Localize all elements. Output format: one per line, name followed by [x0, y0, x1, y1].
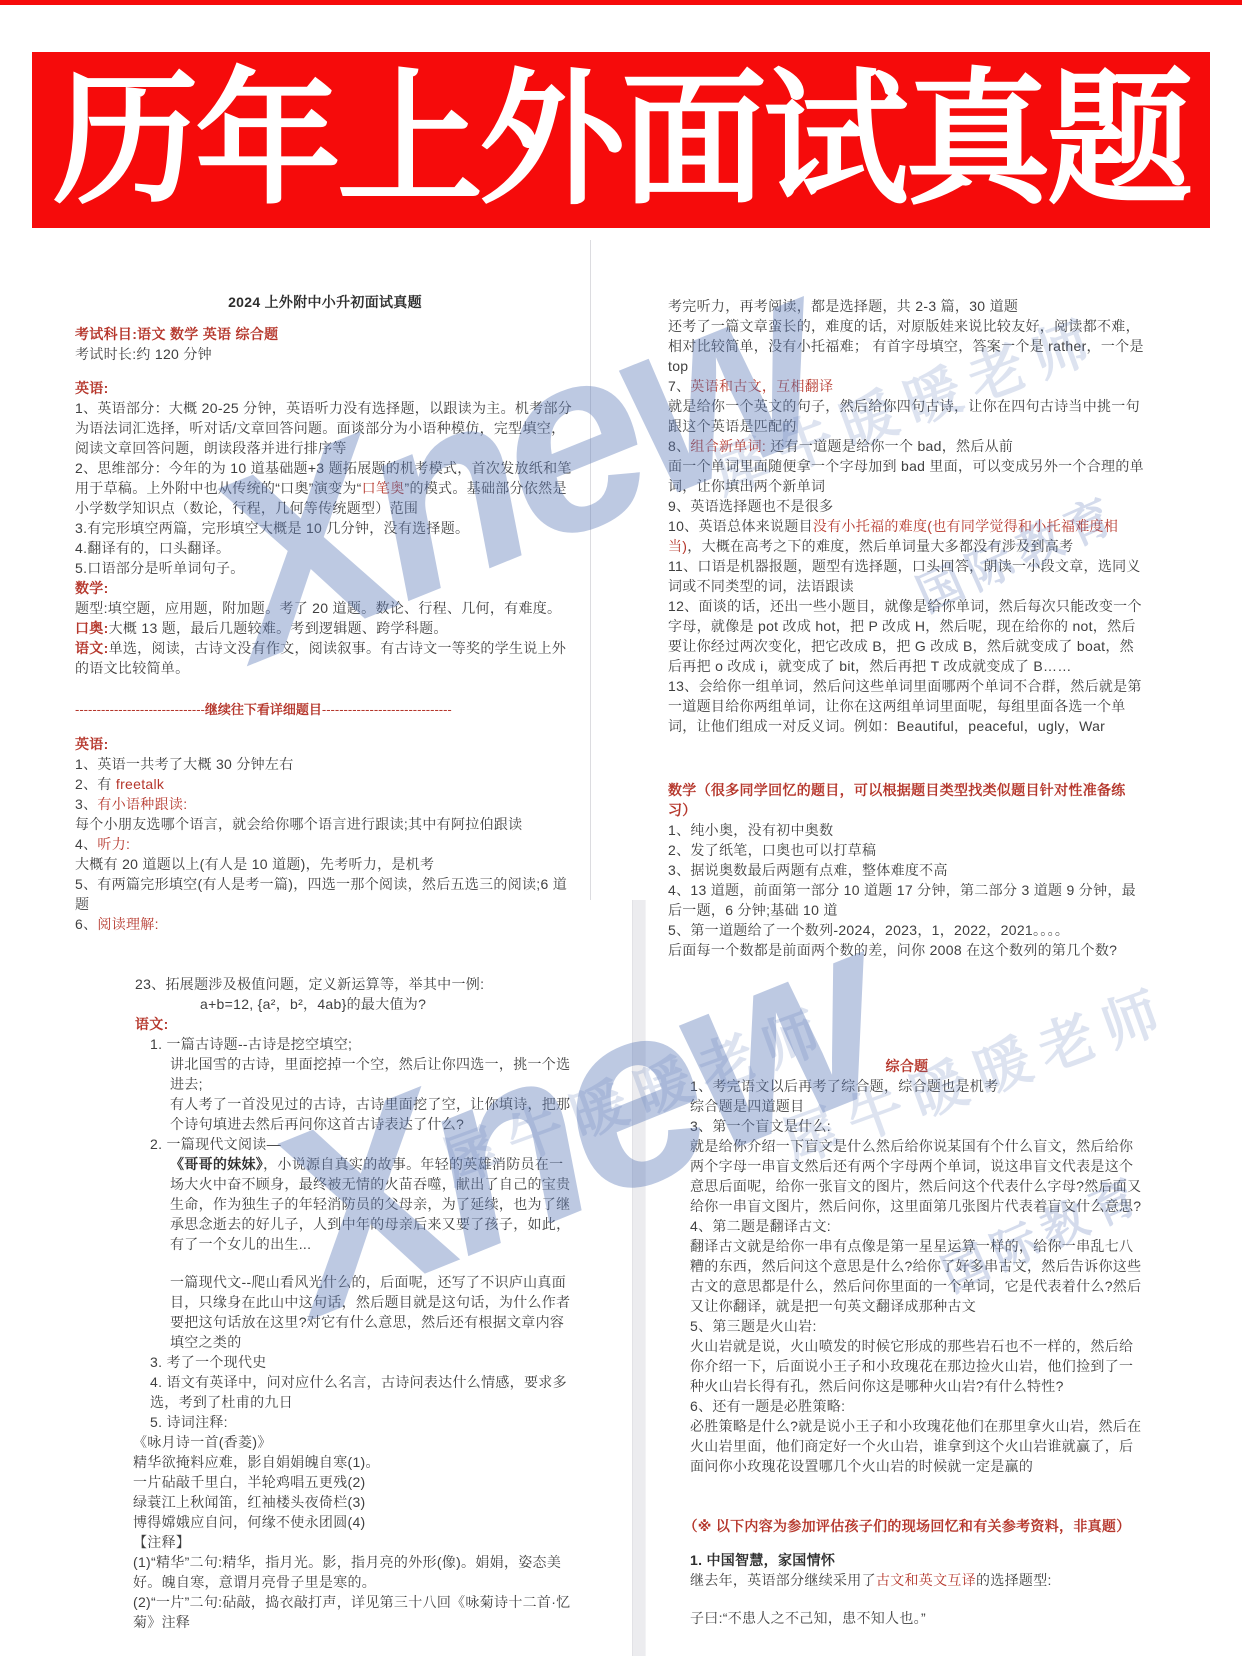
text-run: 题型:填空题，应用题，附加题。考了 20 道题。数论、行程、几何，有难度。 [75, 600, 561, 616]
paragraph: 考试科目:语文 数学 英语 综合题 [75, 324, 575, 344]
text-run: 1. 一篇古诗题--古诗是挖空填空; [150, 1036, 352, 1052]
text-run: 大概有 20 道题以上(有人是 10 道题)，先考听力，是机考 [75, 856, 434, 872]
spacer [668, 1476, 1146, 1516]
text-run: (1)“精华”二句:精华，指月光。影，指月亮的外形(像)。娟娟，姿态美好。魄自寒… [133, 1554, 561, 1590]
text-run: 有人考了一首没见过的古诗，古诗里面挖了空，让你填诗，把那个诗句填进去然后再问你这… [170, 1096, 570, 1132]
text-run: 综合题 [886, 1058, 929, 1074]
text-run: 火山岩就是说，火山喷发的时候它形成的那些岩石也不一样的，然后给你介绍一下，后面说… [690, 1338, 1133, 1394]
paragraph: 还考了一篇文章蛮长的，难度的话，对原版娃来说比较友好，阅读都不难，相对比较简单，… [668, 316, 1146, 376]
text-run: 数学: [75, 580, 109, 596]
paragraph: 大概有 20 道题以上(有人是 10 道题)，先考听力，是机考 [75, 854, 575, 874]
paragraph: 1、纯小奥，没有初中奥数 [668, 820, 1146, 840]
text-run: 3. 考了一个现代史 [150, 1354, 267, 1370]
text-run: 2. 一篇现代文阅读— [150, 1136, 281, 1152]
text-run: 后面每一个数都是前面两个数的差，问你 2008 在这个数列的第几个数? [668, 942, 1117, 958]
text-run: 1、英语部分：大概 20-25 分钟，英语听力没有选择题，以跟读为主。机考部分为… [75, 400, 572, 456]
text-run: 1、英语一共考了大概 30 分钟左右 [75, 756, 294, 772]
text-run: 口奥: [75, 620, 109, 636]
paragraph: 数学（很多同学回忆的题目，可以根据题目类型找类似题目针对性准备练习） [668, 780, 1146, 820]
text-run: ------------------------------ [75, 702, 205, 717]
text-run: 5.口语部分是听单词句子。 [75, 560, 245, 576]
paragraph: 综合题 [668, 1056, 1146, 1076]
text-run: 数学 [668, 782, 697, 798]
text-run: （很多同学回忆的题目，可以根据题目类型找类似题目针对性准备练习） [668, 782, 1126, 818]
top-red-strip [0, 0, 1242, 5]
text-run: 13、会给你一组单词，然后问这些单词里面哪两个单词不合群，然后就是第一道题目给你… [668, 678, 1142, 734]
text-run: 6、还有一题是必胜策略: [690, 1398, 845, 1414]
text-run: 英语: [75, 736, 109, 752]
paragraph: 8、组合新单词: 还有一道题是给你一个 bad，然后从前 [668, 436, 1146, 456]
text-run: 有小语种跟读: [97, 796, 187, 812]
paragraph: 7、英语和古文，互相翻译 [668, 376, 1146, 396]
paragraph: 1. 一篇古诗题--古诗是挖空填空; [150, 1034, 575, 1054]
text-run: 就是给你一个英文的句子，然后给你四句古诗，让你在四句古诗当中挑一句跟这个英语是匹… [668, 398, 1140, 434]
paragraph: 11、口语是机器报题，题型有选择题，口头回答，朗读一小段文章，选同义词或不同类型… [668, 556, 1146, 596]
text-run: 子曰:“不患人之不己知，患不知人也。” [690, 1610, 926, 1626]
text-run: （※ 以下内容为参加评估孩子们的现场回忆和有关参考资料，非真题） [683, 1518, 1130, 1534]
spacer [668, 960, 1146, 1056]
paragraph: 6、阅读理解: [75, 914, 575, 934]
text-run: 10、英语总体来说题目 [668, 518, 813, 534]
paragraph: 12、面谈的话，还出一些小题目，就像是给你单词，然后每次只能改变一个字母，就像是… [668, 596, 1146, 676]
text-run: 1、纯小奥，没有初中奥数 [668, 822, 833, 838]
paragraph: 1、英语一共考了大概 30 分钟左右 [75, 754, 575, 774]
text-run: 【注释】 [133, 1534, 190, 1550]
paragraph: 10、英语总体来说题目没有小托福的难度(也有同学觉得和小托福难度相当)，大概在高… [668, 516, 1146, 556]
text-run: 7、 [668, 378, 690, 394]
text-run: 每个小朋友选哪个语言，就会给你哪个语言进行跟读;其中有阿拉伯跟读 [75, 816, 523, 832]
paragraph: 英语: [75, 378, 575, 398]
text-run: 3、 [75, 796, 97, 812]
text-run: 绿蓑江上秋闻笛，红袖楼头夜倚栏(3) [133, 1494, 366, 1510]
spacer [668, 736, 1146, 780]
text-run: 继续往下看详细题目 [205, 702, 322, 717]
paragraph: 面一个单词里面随便拿一个字母加到 bad 里面，可以变成另外一个合理的单词，让你… [668, 456, 1146, 496]
text-run: 8、 [668, 438, 690, 454]
text-run: 《咏月诗一首(香菱)》 [133, 1434, 272, 1450]
paragraph: 2. 一篇现代文阅读— [150, 1134, 575, 1154]
text-run: 4. 语文有英译中，问对应什么名言，古诗问表达什么情感，要求多选，考到了杜甫的九… [150, 1374, 567, 1410]
text-run: 5、有两篇完形填空(有人是考一篇)，四选一那个阅读，然后五选三的阅读;6 道题 [75, 876, 567, 912]
text-run: 的选择题型: [976, 1572, 1052, 1588]
paragraph: 【注释】 [133, 1532, 575, 1552]
paragraph: 就是给你介绍一下盲文是什么然后给你说某国有个什么盲文，然后给你两个字母一串盲文然… [690, 1136, 1146, 1216]
paragraph: 《哥哥的妹妹》，小说源自真实的故事。年轻的英雄消防员在一场大火中奋不顾身，最终被… [170, 1154, 575, 1254]
paragraph: 考完听力，再考阅读，都是选择题，共 2-3 篇，30 道题 [668, 296, 1146, 316]
spacer [75, 678, 575, 700]
text-run: 4.翻译有的，口头翻译。 [75, 540, 230, 556]
text-run: 组合新单词: [690, 438, 766, 454]
paragraph: 一片砧敲千里白，半轮鸡唱五更残(2) [133, 1472, 575, 1492]
paragraph: 3.有完形填空两篇，完形填空大概是 10 几分钟，没有选择题。 [75, 518, 575, 538]
paragraph: 继去年，英语部分继续采用了古文和英文互译的选择题型: [690, 1570, 1146, 1590]
text-run: 古文和英文互译 [876, 1572, 976, 1588]
paragraph: 4. 语文有英译中，问对应什么名言，古诗问表达什么情感，要求多选，考到了杜甫的九… [150, 1372, 575, 1412]
text-run: freetalk [116, 776, 164, 792]
text-run: 3.有完形填空两篇，完形填空大概是 10 几分钟，没有选择题。 [75, 520, 469, 536]
text-run: 口笔奥 [362, 480, 405, 496]
text-run: 必胜策略是什么?就是说小王子和小玫瑰花他们在那里拿火山岩，然后在火山岩里面，他们… [690, 1418, 1141, 1474]
paragraph: 一篇现代文--爬山看风光什么的，后面呢，还写了不识庐山真面目，只缘身在此山中这句… [170, 1272, 575, 1352]
paragraph: 23、拓展题涉及极值问题，定义新运算等，举其中一例: [135, 974, 575, 994]
paragraph: 4、听力: [75, 834, 575, 854]
paragraph: 4、第二题是翻译古文: [690, 1216, 1146, 1236]
paragraph: 口奥:大概 13 题，最后几题较难。考到逻辑题、跨学科题。 [75, 618, 575, 638]
banner-title: 历年上外面试真题 [53, 58, 1189, 221]
text-run: 一篇现代文--爬山看风光什么的，后面呢，还写了不识庐山真面目，只缘身在此山中这句… [170, 1274, 570, 1350]
text-run: ------------------------------ [322, 702, 452, 717]
paragraph: 4.翻译有的，口头翻译。 [75, 538, 575, 558]
paragraph: a+b=12, {a²，b²，4ab}的最大值为? [200, 994, 575, 1014]
paragraph: 博得嫦娥应自问，何缘不使永团圆(4) [133, 1512, 575, 1532]
text-run: ，大概在高考之下的难度，然后单词量大多都没有涉及到高考 [687, 538, 1073, 554]
spacer [75, 934, 575, 974]
text-run: 5、第三题是火山岩: [690, 1318, 817, 1334]
paragraph: 2、思维部分：今年的为 10 道基础题+3 题拓展题的机考模式，首次发放纸和笔用… [75, 458, 575, 518]
text-run: 英语: [75, 380, 109, 396]
paragraph: 语文: [135, 1014, 575, 1034]
text-run: 2、发了纸笔，口奥也可以打草稿 [668, 842, 876, 858]
paragraph: 5、第三题是火山岩: [690, 1316, 1146, 1336]
spacer [668, 1536, 1146, 1550]
paragraph: 3、有小语种跟读: [75, 794, 575, 814]
paragraph: 1、英语部分：大概 20-25 分钟，英语听力没有选择题，以跟读为主。机考部分为… [75, 398, 575, 458]
paragraph: 每个小朋友选哪个语言，就会给你哪个语言进行跟读;其中有阿拉伯跟读 [75, 814, 575, 834]
paragraph: 3. 考了一个现代史 [150, 1352, 575, 1372]
text-run: 还考了一篇文章蛮长的，难度的话，对原版娃来说比较友好，阅读都不难，相对比较简单，… [668, 318, 1144, 374]
paragraph: 讲北国雪的古诗，里面挖掉一个空，然后让你四选一，挑一个选进去; [170, 1054, 575, 1094]
spacer [75, 1254, 575, 1272]
text-run: 大概 13 题，最后几题较难。考到逻辑题、跨学科题。 [109, 620, 448, 636]
text-run: 4、 [75, 836, 97, 852]
text-run: 3、据说奥数最后两题有点难，整体难度不高 [668, 862, 948, 878]
paragraph: 4、13 道题，前面第一部分 10 道题 17 分钟，第二部分 3 道题 9 分… [668, 880, 1146, 920]
paragraph: 就是给你一个英文的句子，然后给你四句古诗，让你在四句古诗当中挑一句跟这个英语是匹… [668, 396, 1146, 436]
paragraph: 语文:单选，阅读，古诗文没有作文，阅读叙事。有古诗文一等奖的学生说上外的语文比较… [75, 638, 575, 678]
text-run: 单选，阅读，古诗文没有作文，阅读叙事。有古诗文一等奖的学生说上外的语文比较简单。 [75, 640, 566, 676]
text-run: 考试科目:语文 数学 英语 综合题 [75, 326, 278, 342]
paragraph: 《咏月诗一首(香菱)》 [133, 1432, 575, 1452]
text-run: 23、拓展题涉及极值问题，定义新运算等，举其中一例: [135, 976, 484, 992]
spacer [75, 364, 575, 378]
paragraph: 翻译古文就是给你一串有点像是第一星星运算一样的，给你一串乱七八糟的东西，然后问这… [690, 1236, 1146, 1316]
paragraph: 英语: [75, 734, 575, 754]
text-run: 精华欲掩料应难，影自娟娟魄自寒(1)。 [133, 1454, 380, 1470]
paragraph: 必胜策略是什么?就是说小王子和小玫瑰花他们在那里拿火山岩，然后在火山岩里面，他们… [690, 1416, 1146, 1476]
paragraph: 6、还有一题是必胜策略: [690, 1396, 1146, 1416]
text-run: 阅读理解: [97, 916, 158, 932]
paragraph: 精华欲掩料应难，影自娟娟魄自寒(1)。 [133, 1452, 575, 1472]
text-run: 翻译古文就是给你一串有点像是第一星星运算一样的，给你一串乱七八糟的东西，然后问这… [690, 1238, 1141, 1314]
text-run: 讲北国雪的古诗，里面挖掉一个空，然后让你四选一，挑一个选进去; [170, 1056, 570, 1092]
banner: 历年上外面试真题 [32, 52, 1210, 228]
text-run: 综合题是四道题目 [690, 1098, 804, 1114]
text-run: 语文: [75, 640, 109, 656]
text-run: 博得嫦娥应自问，何缘不使永团圆(4) [133, 1514, 366, 1530]
paragraph: 5、第一道题给了一个数列-2024，2023，1，2022，2021。。。。 [668, 920, 1146, 940]
text-run: 4、第二题是翻译古文: [690, 1218, 831, 1234]
text-run: 还有一道题是给你一个 bad，然后从前 [766, 438, 1013, 454]
text-run: 一片砧敲千里白，半轮鸡唱五更残(2) [133, 1474, 366, 1490]
paragraph: 3、第一个盲文是什么: [690, 1116, 1146, 1136]
paragraph: 2024 上外附中小升初面试真题 [75, 292, 575, 312]
paragraph: 绿蓑江上秋闻笛，红袖楼头夜倚栏(3) [133, 1492, 575, 1512]
text-run: 就是给你介绍一下盲文是什么然后给你说某国有个什么盲文，然后给你两个字母一串盲文然… [690, 1138, 1141, 1214]
text-run: 1. 中国智慧，家国情怀 [690, 1552, 835, 1568]
text-run: 2024 上外附中小升初面试真题 [228, 294, 422, 310]
paragraph: 5.口语部分是听单词句子。 [75, 558, 575, 578]
paragraph: 后面每一个数都是前面两个数的差，问你 2008 在这个数列的第几个数? [668, 940, 1146, 960]
text-run: 英语和古文，互相翻译 [690, 378, 833, 394]
text-run: a+b=12, {a²，b²，4ab}的最大值为? [200, 996, 426, 1012]
paragraph: 5、有两篇完形填空(有人是考一篇)，四选一那个阅读，然后五选三的阅读;6 道题 [75, 874, 575, 914]
text-run: 9、英语选择题也不是很多 [668, 498, 833, 514]
paragraph: (2)“一片”二句:砧敲，捣衣敲打声，详见第三十八回《咏菊诗十二首·忆菊》注释 [133, 1592, 575, 1632]
text-run: (2)“一片”二句:砧敲，捣衣敲打声，详见第三十八回《咏菊诗十二首·忆菊》注释 [133, 1594, 570, 1630]
paragraph: 有人考了一首没见过的古诗，古诗里面挖了空，让你填诗，把那个诗句填进去然后再问你这… [170, 1094, 575, 1134]
paragraph: 13、会给你一组单词，然后问这些单词里面哪两个单词不合群，然后就是第一道题目给你… [668, 676, 1146, 736]
text-run: 3、第一个盲文是什么: [690, 1118, 831, 1134]
paragraph: (1)“精华”二句:精华，指月光。影，指月亮的外形(像)。娟娟，姿态美好。魄自寒… [133, 1552, 575, 1592]
text-run: 11、口语是机器报题，题型有选择题，口头回答，朗读一小段文章，选同义词或不同类型… [668, 558, 1141, 594]
paragraph: 数学: [75, 578, 575, 598]
text-run: 5、第一道题给了一个数列-2024，2023，1，2022，2021。。。。 [668, 922, 1069, 938]
paragraph: ------------------------------继续往下看详细题目-… [75, 700, 575, 720]
text-run: 《哥哥的妹妹》 [170, 1156, 263, 1172]
paragraph: 综合题是四道题目 [690, 1096, 1146, 1116]
text-run: 继去年，英语部分继续采用了 [690, 1572, 876, 1588]
paragraph: 2、发了纸笔，口奥也可以打草稿 [668, 840, 1146, 860]
paragraph: 1、考完语文以后再考了综合题，综合题也是机考 [690, 1076, 1146, 1096]
text-run: 面一个单词里面随便拿一个字母加到 bad 里面，可以变成另外一个合理的单词，让你… [668, 458, 1144, 494]
paragraph: 3、据说奥数最后两题有点难，整体难度不高 [668, 860, 1146, 880]
left-column: 2024 上外附中小升初面试真题考试科目:语文 数学 英语 综合题考试时长:约 … [75, 292, 575, 1632]
text-run: 考完听力，再考阅读，都是选择题，共 2-3 篇，30 道题 [668, 298, 1018, 314]
paragraph: 1. 中国智慧，家国情怀 [690, 1550, 1146, 1570]
spacer [75, 720, 575, 734]
text-run: 5. 诗词注释: [150, 1414, 228, 1430]
text-run: 12、面谈的话，还出一些小题目，就像是给你单词，然后每次只能改变一个字母，就像是… [668, 598, 1142, 674]
spacer [75, 312, 575, 324]
paragraph: 5. 诗词注释: [150, 1412, 575, 1432]
right-column: 考完听力，再考阅读，都是选择题，共 2-3 篇，30 道题还考了一篇文章蛮长的，… [668, 296, 1146, 1628]
text-run: 2、有 [75, 776, 116, 792]
text-run: 6、 [75, 916, 97, 932]
page-gutter-strip [632, 900, 646, 1656]
text-run: 听力: [97, 836, 130, 852]
text-run: 考试时长:约 120 分钟 [75, 346, 212, 362]
paragraph: 考试时长:约 120 分钟 [75, 344, 575, 364]
text-run: 语文: [135, 1016, 169, 1032]
paragraph: 题型:填空题，应用题，附加题。考了 20 道题。数论、行程、几何，有难度。 [75, 598, 575, 618]
text-run: 1、考完语文以后再考了综合题，综合题也是机考 [690, 1078, 998, 1094]
paragraph: （※ 以下内容为参加评估孩子们的现场回忆和有关参考资料，非真题） [668, 1516, 1146, 1536]
paragraph: 火山岩就是说，火山喷发的时候它形成的那些岩石也不一样的，然后给你介绍一下，后面说… [690, 1336, 1146, 1396]
paragraph: 子曰:“不患人之不己知，患不知人也。” [690, 1608, 1146, 1628]
text-run: 4、13 道题，前面第一部分 10 道题 17 分钟，第二部分 3 道题 9 分… [668, 882, 1136, 918]
column-divider-line [590, 240, 591, 900]
paragraph: 2、有 freetalk [75, 774, 575, 794]
paragraph: 9、英语选择题也不是很多 [668, 496, 1146, 516]
spacer [668, 1590, 1146, 1608]
